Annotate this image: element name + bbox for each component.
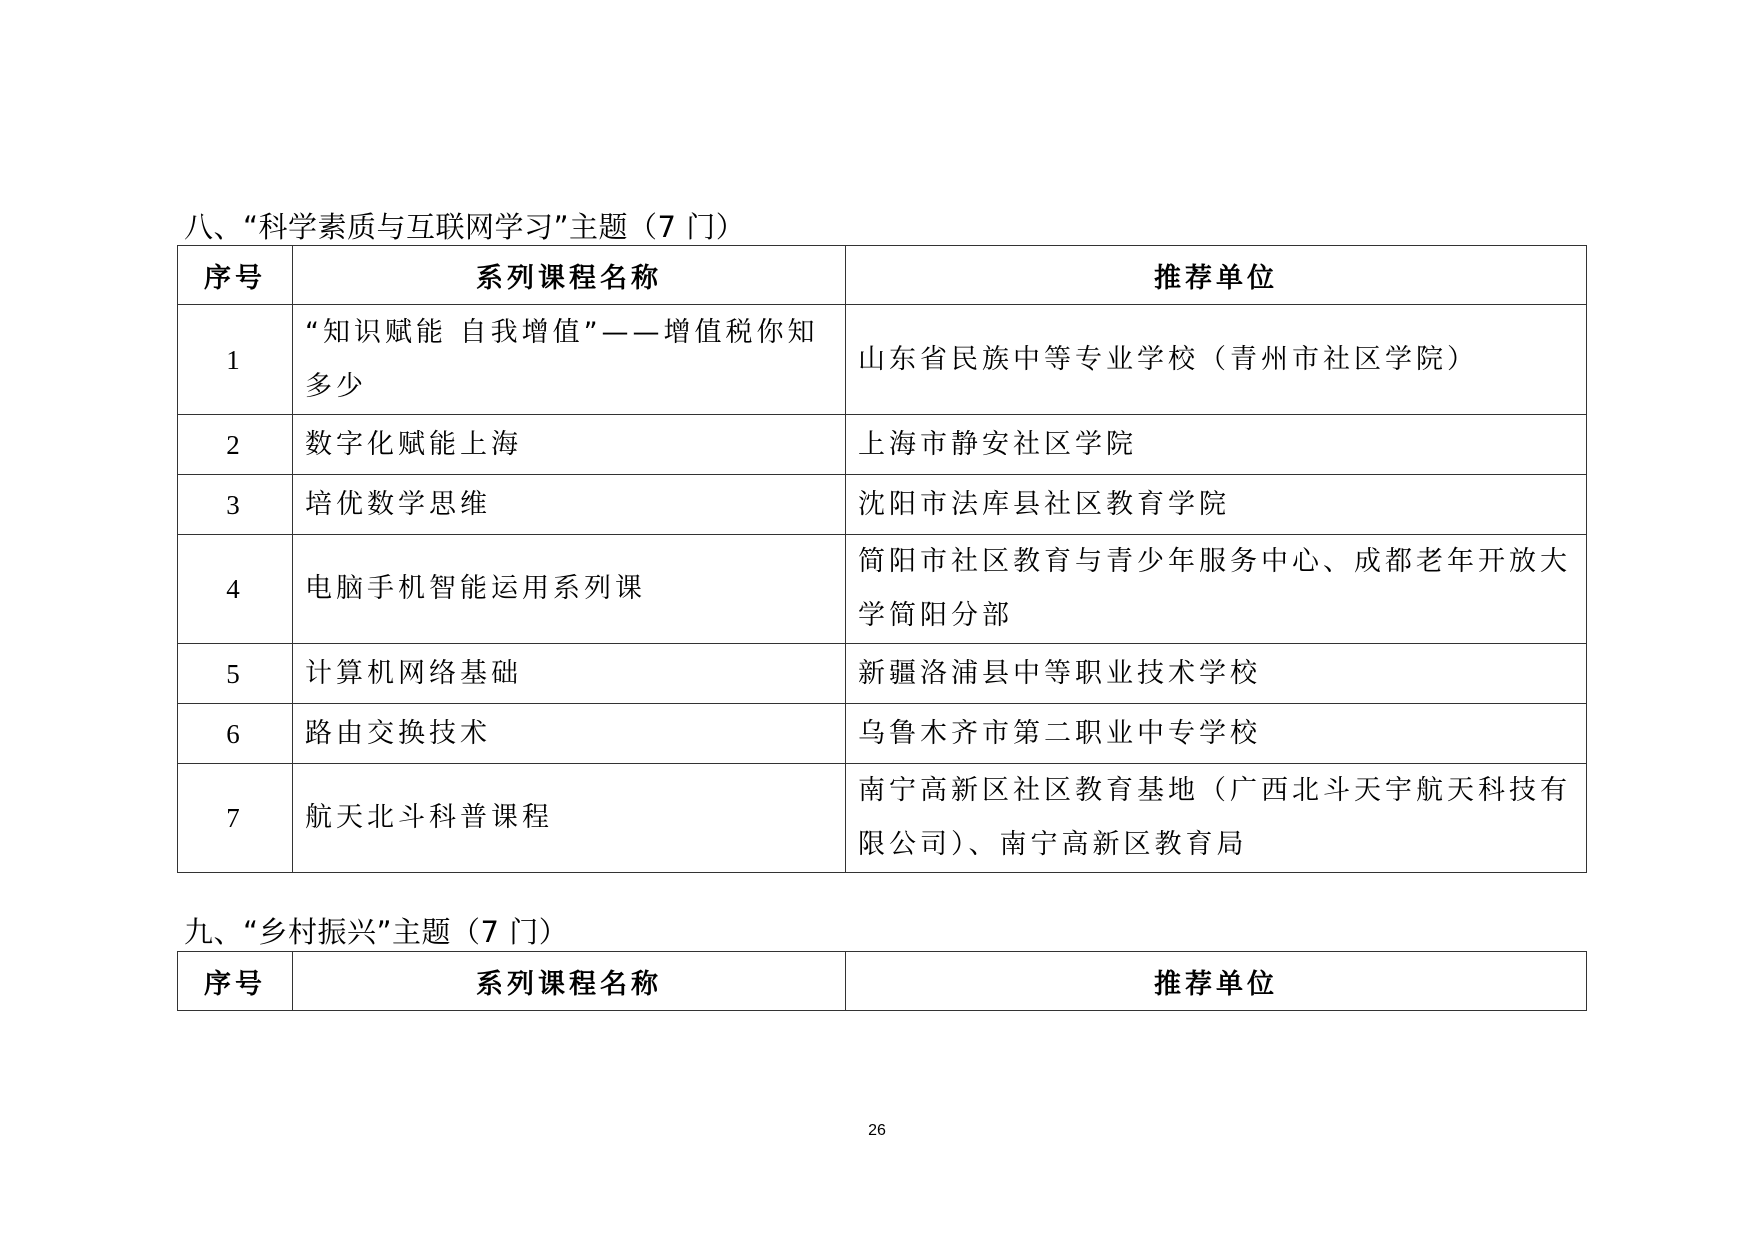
row-course: 数字化赋能上海 xyxy=(293,415,846,475)
section-9-title: 九、“乡村振兴”主题（7 门） xyxy=(184,910,568,951)
table-row: 2 数字化赋能上海 上海市静安社区学院 xyxy=(178,415,1587,475)
row-unit: 简阳市社区教育与青少年服务中心、成都老年开放大学简阳分部 xyxy=(846,535,1587,644)
header-unit: 推荐单位 xyxy=(846,246,1587,305)
table-row: 6 路由交换技术 乌鲁木齐市第二职业中专学校 xyxy=(178,704,1587,764)
row-unit: 山东省民族中等专业学校（青州市社区学院） xyxy=(846,305,1587,415)
header-no: 序号 xyxy=(178,246,293,305)
row-unit: 上海市静安社区学院 xyxy=(846,415,1587,475)
table-row: 1 “知识赋能 自我增值”——增值税你知多少 山东省民族中等专业学校（青州市社区… xyxy=(178,305,1587,415)
row-no: 5 xyxy=(178,644,293,704)
row-course: 计算机网络基础 xyxy=(293,644,846,704)
row-course: 航天北斗科普课程 xyxy=(293,764,846,873)
row-no: 7 xyxy=(178,764,293,873)
row-no: 3 xyxy=(178,475,293,535)
row-unit: 南宁高新区社区教育基地（广西北斗天宇航天科技有限公司）、南宁高新区教育局 xyxy=(846,764,1587,873)
row-no: 1 xyxy=(178,305,293,415)
row-unit: 乌鲁木齐市第二职业中专学校 xyxy=(846,704,1587,764)
row-course: 电脑手机智能运用系列课 xyxy=(293,535,846,644)
header-course: 系列课程名称 xyxy=(293,246,846,305)
row-unit: 新疆洛浦县中等职业技术学校 xyxy=(846,644,1587,704)
table-row: 3 培优数学思维 沈阳市法库县社区教育学院 xyxy=(178,475,1587,535)
header-no: 序号 xyxy=(178,952,293,1011)
table-header-row: 序号 系列课程名称 推荐单位 xyxy=(178,952,1587,1011)
section-8-title: 八、“科学素质与互联网学习”主题（7 门） xyxy=(184,205,745,246)
header-course: 系列课程名称 xyxy=(293,952,846,1011)
row-no: 2 xyxy=(178,415,293,475)
header-unit: 推荐单位 xyxy=(846,952,1587,1011)
row-unit: 沈阳市法库县社区教育学院 xyxy=(846,475,1587,535)
row-no: 6 xyxy=(178,704,293,764)
row-course: 培优数学思维 xyxy=(293,475,846,535)
page-number: 26 xyxy=(0,1122,1754,1140)
table-row: 7 航天北斗科普课程 南宁高新区社区教育基地（广西北斗天宇航天科技有限公司）、南… xyxy=(178,764,1587,873)
row-course: 路由交换技术 xyxy=(293,704,846,764)
table-header-row: 序号 系列课程名称 推荐单位 xyxy=(178,246,1587,305)
row-no: 4 xyxy=(178,535,293,644)
table-row: 5 计算机网络基础 新疆洛浦县中等职业技术学校 xyxy=(178,644,1587,704)
table-row: 4 电脑手机智能运用系列课 简阳市社区教育与青少年服务中心、成都老年开放大学简阳… xyxy=(178,535,1587,644)
section-8-table: 序号 系列课程名称 推荐单位 1 “知识赋能 自我增值”——增值税你知多少 山东… xyxy=(177,245,1587,873)
row-course: “知识赋能 自我增值”——增值税你知多少 xyxy=(293,305,846,415)
section-9-table: 序号 系列课程名称 推荐单位 xyxy=(177,951,1587,1011)
